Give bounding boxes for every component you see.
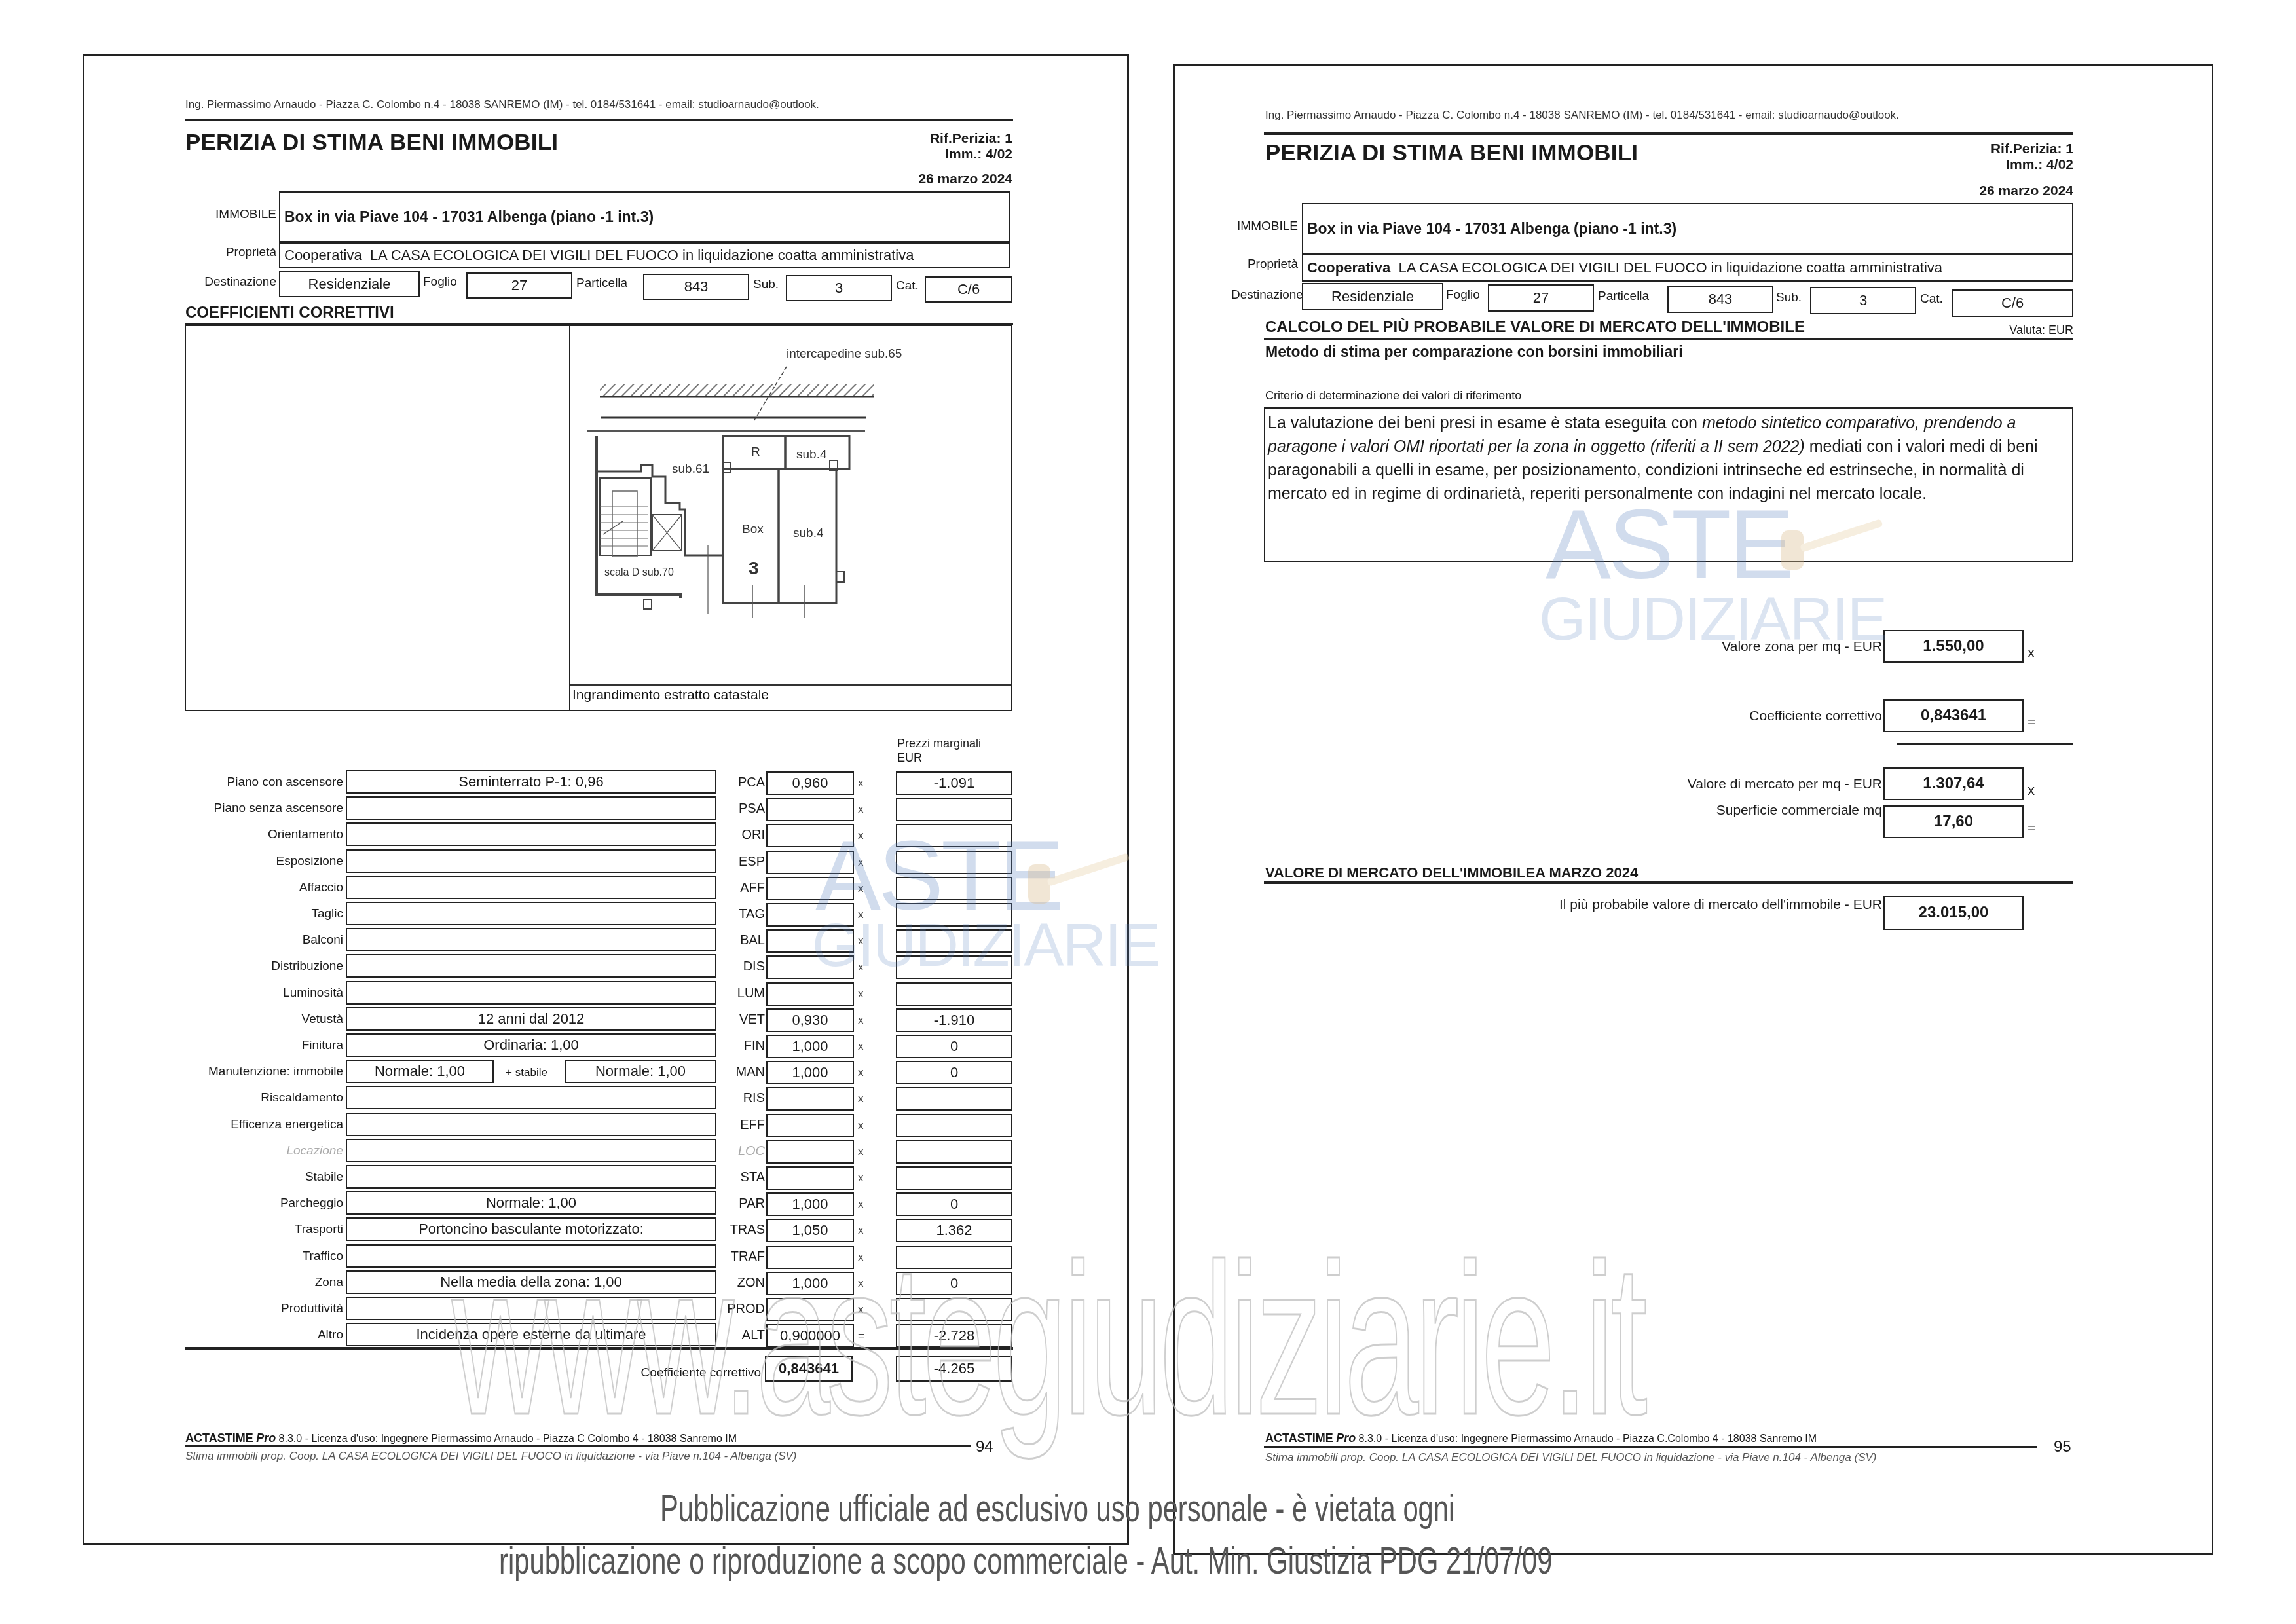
coef-row-desc <box>346 1086 716 1109</box>
watermark-giudiziarie-right: GIUDIZIARIE <box>1539 589 1886 650</box>
coef-row-desc <box>346 902 716 925</box>
coef-row-code: PCA <box>719 775 765 790</box>
header-rule-right <box>1264 132 2073 135</box>
coef-row-code: DIS <box>719 959 765 974</box>
method-title: Metodo di stima per comparazione con bor… <box>1265 343 1683 361</box>
plan-label-r: R <box>751 445 760 460</box>
coef-row-label: Piano senza ascensore <box>157 802 343 816</box>
doc-title-right: PERIZIA DI STIMA BENI IMMOBILI <box>1265 140 1638 166</box>
coef-row-label: Luminosità <box>157 986 343 1001</box>
coef-row-label: Parcheggio <box>157 1196 343 1211</box>
coef-row-coef: 1,000 <box>766 1061 854 1084</box>
coef-row-desc <box>346 796 716 820</box>
coef-row-code: RIS <box>719 1091 765 1106</box>
coef-row-operator: x <box>858 1172 864 1185</box>
coef-row-desc-stabile: Normale: 1,00 <box>565 1060 716 1083</box>
calc-row-value: 17,60 <box>1883 805 2024 838</box>
coef-row-price: -1.091 <box>896 771 1012 795</box>
coef-row-desc-mid: + stabile <box>496 1066 557 1079</box>
criterio-method: metodo sintetico comparativo, <box>1702 414 1919 432</box>
coef-row-coef <box>766 1114 854 1137</box>
rif-left: Rif.Perizia: 1 Imm.: 4/02 <box>819 131 1012 162</box>
proprieta-name: LA CASA ECOLOGICA DEI VIGILI DEL FUOCO i… <box>370 247 914 264</box>
coef-row-code: STA <box>719 1170 765 1185</box>
particella-label-right: Particella <box>1598 289 1663 304</box>
coef-row-label: Taglic <box>157 907 343 921</box>
plan-label-sub61: sub.61 <box>672 462 709 477</box>
coef-row-price <box>896 1166 1012 1190</box>
cat-label-right: Cat. <box>1920 292 1946 306</box>
coef-row-code: BAL <box>719 933 765 948</box>
coef-row-operator: x <box>858 987 864 1001</box>
calc-rule <box>1897 743 2073 745</box>
coef-row-coef <box>766 1087 854 1111</box>
footer-brand: ACTASTIME <box>185 1431 253 1445</box>
calc-row-value: 1.307,64 <box>1883 767 2024 800</box>
destinazione-field-right: Residenziale <box>1302 283 1443 310</box>
coef-row-coef: 1,000 <box>766 1035 854 1058</box>
criterio-text-1: La valutazione dei beni presi in esame è… <box>1268 414 1702 432</box>
particella-field-right: 843 <box>1667 286 1773 313</box>
rif-perizia: Rif.Perizia: 1 <box>819 131 1012 147</box>
coef-row-price <box>896 1087 1012 1111</box>
coef-row-operator: x <box>858 1014 864 1027</box>
watermark-aste-right: ASTE <box>1546 495 1792 593</box>
coef-row-label: Orientamento <box>157 828 343 842</box>
particella-field: 843 <box>643 274 749 300</box>
imm-number: Imm.: 4/02 <box>819 147 1012 162</box>
coef-row-desc <box>346 876 716 899</box>
cat-field: C/6 <box>925 276 1012 303</box>
notice-line-2: ripubblicazione o riproduzione a scopo c… <box>499 1539 1553 1583</box>
proprieta-label: Proprietà <box>170 246 276 260</box>
coef-row-coef <box>766 1140 854 1164</box>
sub-label: Sub. <box>753 278 786 292</box>
coef-row-operator: x <box>858 777 864 790</box>
coef-row-operator: x <box>858 1066 864 1079</box>
prezzi-header: Prezzi marginali EUR <box>897 736 981 765</box>
calc-row-operator: x <box>2028 782 2035 799</box>
coef-row-code: FIN <box>719 1039 765 1054</box>
coef-row-label: Distribuzione <box>157 959 343 974</box>
proprieta-field-right: Cooperativa LA CASA ECOLOGICA DEI VIGILI… <box>1302 254 2073 282</box>
caption-divider <box>570 684 1011 686</box>
page-number-right: 95 <box>2054 1438 2071 1456</box>
coef-row-coef <box>766 798 854 821</box>
plan-label-sub4-top: sub.4 <box>796 448 826 462</box>
coef-row-code: VET <box>719 1012 765 1027</box>
coef-row-desc: Normale: 1,00 <box>346 1191 716 1215</box>
coef-row-label: Vetustà <box>157 1012 343 1027</box>
coef-row-code: MAN <box>719 1065 765 1080</box>
coef-row-code: ESP <box>719 855 765 870</box>
coef-row-code: EFF <box>719 1118 765 1133</box>
coef-row-price: 0 <box>896 1192 1012 1216</box>
coef-row-code: PAR <box>719 1196 765 1211</box>
coef-row-coef <box>766 1166 854 1190</box>
result-section-title: VALORE DI MERCATO DELL'IMMOBILEA MARZO 2… <box>1265 864 1638 881</box>
coef-row-price <box>896 1114 1012 1137</box>
coef-row-label: Trasporti <box>157 1223 343 1237</box>
header-rule-left <box>185 119 1013 121</box>
coef-row-label: Esposizione <box>157 855 343 869</box>
foglio-field: 27 <box>466 272 572 299</box>
coef-row-operator: x <box>858 803 864 816</box>
valuta-label: Valuta: EUR <box>1965 323 2073 337</box>
calc-row-operator: = <box>2028 820 2036 837</box>
coef-row-label: Balconi <box>157 933 343 948</box>
foglio-label-right: Foglio <box>1446 288 1485 303</box>
floor-plan-drawing <box>570 326 1011 680</box>
plan-label-box-number: 3 <box>749 558 759 579</box>
rif-perizia-right: Rif.Perizia: 1 <box>1879 141 2073 157</box>
gavel-icon-left <box>1009 851 1139 917</box>
proprieta-prefix: Cooperativa <box>284 247 362 264</box>
coef-row-operator: x <box>858 1040 864 1053</box>
coef-row-desc <box>346 1139 716 1162</box>
coef-row-code: AFF <box>719 881 765 896</box>
coef-row-desc: 12 anni dal 2012 <box>346 1007 716 1031</box>
prezzi-label: Prezzi marginali <box>897 736 981 750</box>
coef-row-label: Stabile <box>157 1170 343 1185</box>
section-calcolo: CALCOLO DEL PIÙ PROBABILE VALORE DI MERC… <box>1265 318 1805 337</box>
coef-row-price <box>896 798 1012 821</box>
coef-row-desc <box>346 822 716 846</box>
calc-row-label: Coefficiente correttivo <box>1506 709 1882 724</box>
coef-row-coef: 0,930 <box>766 1008 854 1032</box>
gavel-icon-right <box>1762 517 1893 583</box>
coef-row-price <box>896 1140 1012 1164</box>
coef-row-desc: Seminterrato P-1: 0,96 <box>346 770 716 794</box>
coef-row-label: Manutenzione: immobile <box>157 1065 343 1079</box>
coef-row-desc <box>346 849 716 873</box>
coef-row-operator: x <box>858 1119 864 1132</box>
foglio-field-right: 27 <box>1488 284 1594 312</box>
foglio-label: Foglio <box>423 275 462 289</box>
coef-row-code: LUM <box>719 986 765 1001</box>
coef-row-operator: x <box>858 1198 864 1211</box>
date-right: 26 marzo 2024 <box>1879 183 2073 199</box>
section-rule-right <box>1264 338 2073 340</box>
coef-row-operator: x <box>858 1092 864 1105</box>
result-label: Il più probabile valore di mercato dell'… <box>1441 897 1882 913</box>
particella-label: Particella <box>576 276 642 291</box>
sub-label-right: Sub. <box>1776 291 1809 305</box>
rif-right: Rif.Perizia: 1 Imm.: 4/02 <box>1879 141 2073 173</box>
sub-field: 3 <box>786 275 892 301</box>
coef-row-desc <box>346 928 716 951</box>
proprieta-field: Cooperativa LA CASA ECOLOGICA DEI VIGILI… <box>279 242 1010 268</box>
coef-row-desc-immobile: Normale: 1,00 <box>346 1060 494 1083</box>
immobile-label: IMMOBILE <box>170 208 276 222</box>
cat-label: Cat. <box>896 279 922 293</box>
coef-row-label: Traffico <box>157 1249 343 1264</box>
coef-row-price: 0 <box>896 1061 1012 1084</box>
coef-row-code: TAG <box>719 907 765 922</box>
immobile-label-right: IMMOBILE <box>1231 219 1298 234</box>
destinazione-label-right: Destinazione <box>1231 288 1298 303</box>
coef-row-label: Produttività <box>157 1302 343 1316</box>
coef-row-label: Altro <box>157 1328 343 1342</box>
plan-label-sub4: sub.4 <box>793 526 823 541</box>
header-line-left: Ing. Piermassimo Arnaudo - Piazza C. Col… <box>185 98 819 111</box>
coef-row-coef: 1,000 <box>766 1192 854 1216</box>
destinazione-label: Destinazione <box>170 275 276 289</box>
notice-line-1: Pubblicazione ufficiale ad esclusivo uso… <box>660 1486 1454 1530</box>
watermark-url: www.astegiudiziarie.it <box>452 1231 1643 1447</box>
photo-placeholder <box>185 325 570 711</box>
plan-label-intercapedine: intercapedine sub.65 <box>787 347 902 361</box>
coef-row-desc <box>346 1113 716 1136</box>
calc-row-value: 1.550,00 <box>1883 630 2024 663</box>
calc-row-operator: = <box>2028 714 2036 731</box>
destinazione-field: Residenziale <box>279 271 420 297</box>
coef-row-desc <box>346 1165 716 1189</box>
prezzi-unit: EUR <box>897 750 981 765</box>
coef-row-coef: 0,960 <box>766 771 854 795</box>
plan-label-box: Box <box>742 523 764 537</box>
coef-row-price: -1.910 <box>896 1008 1012 1032</box>
coef-row-desc <box>346 981 716 1005</box>
header-line-right: Ing. Piermassimo Arnaudo - Piazza C. Col… <box>1265 109 1899 122</box>
coef-row-label: Locazione <box>157 1144 343 1158</box>
plan-label-scala: scala D sub.70 <box>604 567 674 579</box>
calc-row-value: 0,843641 <box>1883 699 2024 732</box>
immobile-field: Box in via Piave 104 - 17031 Albenga (pi… <box>279 191 1010 242</box>
criterio-label: Criterio di determinazione dei valori di… <box>1265 389 1521 403</box>
coef-row-price <box>896 982 1012 1006</box>
coef-row-operator: x <box>858 1145 864 1158</box>
sub-field-right: 3 <box>1810 287 1916 314</box>
imm-number-right: Imm.: 4/02 <box>1879 157 2073 173</box>
proprieta-label-right: Proprietà <box>1231 257 1298 272</box>
coef-row-label: Finitura <box>157 1039 343 1053</box>
section-coefficienti: COEFFICIENTI CORRETTIVI <box>185 304 394 322</box>
coef-row-desc: Ordinaria: 1,00 <box>346 1033 716 1057</box>
calc-row-operator: x <box>2028 644 2035 661</box>
doc-title-left: PERIZIA DI STIMA BENI IMMOBILI <box>185 130 558 156</box>
proprieta-name-right: LA CASA ECOLOGICA DEI VIGILI DEL FUOCO i… <box>1398 259 1942 276</box>
floor-plan-panel: intercapedine sub.65 R sub.4 sub.61 Box … <box>569 325 1012 711</box>
calc-row-label: Superficie commerciale mq <box>1506 803 1882 819</box>
coef-row-code: ORI <box>719 828 765 843</box>
coef-row-label: Piano con ascensore <box>157 775 343 790</box>
footer-brand-pro: Pro <box>256 1431 276 1445</box>
calc-row-label: Valore di mercato per mq - EUR <box>1506 777 1882 792</box>
cat-field-right: C/6 <box>1952 289 2073 317</box>
plan-caption: Ingrandimento estratto catastale <box>572 688 769 703</box>
coef-row-label: Efficenza energetica <box>157 1118 343 1132</box>
proprieta-prefix-right: Cooperativa <box>1307 259 1390 276</box>
coef-row-desc <box>346 954 716 978</box>
result-rule <box>1264 881 2073 884</box>
date-left: 26 marzo 2024 <box>819 172 1012 187</box>
coef-row-price: 0 <box>896 1035 1012 1058</box>
coef-row-code: PSA <box>719 802 765 817</box>
coef-row-code: LOC <box>719 1144 765 1159</box>
immobile-field-right: Box in via Piave 104 - 17031 Albenga (pi… <box>1302 203 2073 254</box>
coef-row-coef <box>766 982 854 1006</box>
watermark-giudiziarie-left: GIUDIZIARIE <box>812 915 1159 976</box>
coef-row-label: Affaccio <box>157 881 343 895</box>
coef-row-label: Zona <box>157 1276 343 1290</box>
result-value: 23.015,00 <box>1883 896 2024 930</box>
coef-row-label: Riscaldamento <box>157 1091 343 1105</box>
